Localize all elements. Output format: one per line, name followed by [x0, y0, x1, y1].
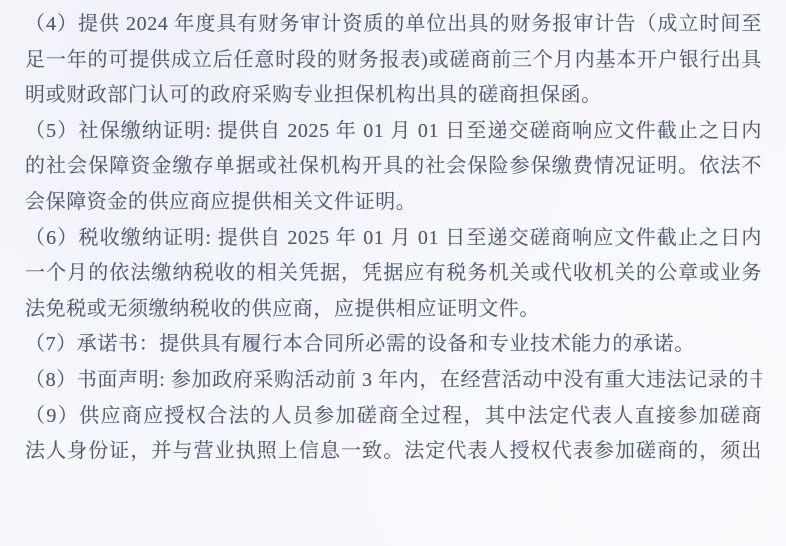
text-line-item7-1: （7）承诺书：提供具有履行本合同所必需的设备和专业技术能力的承诺。 [25, 327, 762, 363]
text-line-item9-1: （9）供应商应授权合法的人员参加磋商全过程，其中法定代表人直接参加磋商的，须出具 [25, 399, 762, 435]
text-line-item8-1: （8）书面声明: 参加政府采购活动前 3 年内，在经营活动中没有重大违法记录的书… [25, 363, 762, 399]
document-body: （4）提供 2024 年度具有财务审计资质的单位出具的财务报审计告（成立时间至磋… [25, 7, 762, 470]
text-line-item9-2: 法人身份证，并与营业执照上信息一致。法定代表人授权代表参加磋商的，须出具法定代表 [25, 434, 762, 470]
scanned-page: （4）提供 2024 年度具有财务审计资质的单位出具的财务报审计告（成立时间至磋… [0, 0, 786, 546]
text-line-item6-2: 一个月的依法缴纳税收的相关凭据，凭据应有税务机关或代收机关的公章或业务专用章。依 [25, 256, 762, 292]
text-line-item6-3: 法免税或无须缴纳税收的供应商，应提供相应证明文件。 [25, 292, 762, 328]
text-line-item5-2: 的社会保障资金缴存单据或社保机构开具的社会保险参保缴费情况证明。依法不需要缴纳社 [25, 149, 762, 185]
text-line-item4-2: 足一年的可提供成立后任意时段的财务报表)或磋商前三个月内基本开户银行出具的资信证 [25, 43, 762, 79]
text-line-item5-3: 会保障资金的供应商应提供相关文件证明。 [25, 185, 762, 221]
text-line-item6-1: （6）税收缴纳证明: 提供自 2025 年 01 月 01 日至递交磋商响应文件… [25, 221, 762, 257]
text-line-item5-1: （5）社保缴纳证明: 提供自 2025 年 01 月 01 日至递交磋商响应文件… [25, 114, 762, 150]
text-line-item4-1: （4）提供 2024 年度具有财务审计资质的单位出具的财务报审计告（成立时间至磋… [25, 7, 762, 43]
text-line-item4-3: 明或财政部门认可的政府采购专业担保机构出具的磋商担保函。 [25, 78, 762, 114]
